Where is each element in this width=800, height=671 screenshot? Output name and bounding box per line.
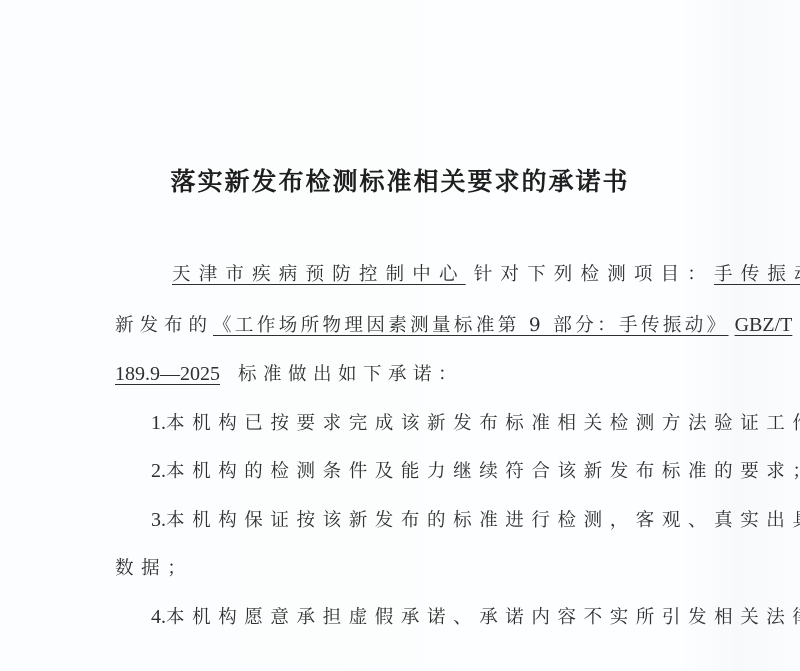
standard-code-prefix: GBZ/T (735, 314, 793, 336)
intro-text-project-prefix: 针对下列检测项目： (474, 264, 714, 285)
commitment-item-4: 4.本机构愿意承担虚假承诺、承诺内容不实所引发相关法律责任。 (151, 605, 800, 630)
institution-underlined: 天津市疾病预防控制中心 (146, 264, 474, 285)
intro-line-2: 新发布的《工作场所物理因素测量标准第 9 部分：手传振动》GBZ/T (115, 313, 792, 338)
intro-text-new-release: 新发布的 (115, 315, 213, 336)
standard-underlined: 《工作场所物理因素测量标准第 9 部分：手传振动》GBZ/T (213, 315, 792, 336)
commitment-item-3: 3.本机构保证按该新发布的标准进行检测，客观、真实出具检测 (151, 508, 800, 533)
document-page: 落实新发布检测标准相关要求的承诺书 天津市疾病预防控制中心针对下列检测项目：手传… (0, 0, 800, 671)
commitment-text-line-1: 本机构保证按该新发布的标准进行检测，客观、真实出具检测 (166, 510, 800, 531)
commitment-item-3-continued: 数据； (115, 557, 193, 581)
standard-code-number: 189.9—2025 (115, 363, 220, 385)
commitment-number: 1. (151, 412, 166, 434)
intro-line-1: 天津市疾病预防控制中心针对下列检测项目：手传振动 (146, 263, 800, 287)
commitment-number: 2. (151, 460, 166, 482)
standard-code-underlined: 189.9—2025 (115, 364, 234, 385)
intro-text-commitment: 标准做出如下承诺： (238, 364, 463, 385)
project-name: 手传振动 (714, 264, 800, 285)
institution-name: 天津市疾病预防控制中心 (172, 264, 466, 285)
commitment-text: 本机构愿意承担虚假承诺、承诺内容不实所引发相关法律责任。 (166, 607, 800, 628)
commitment-item-2: 2.本机构的检测条件及能力继续符合该新发布标准的要求； (151, 459, 800, 484)
document-title: 落实新发布检测标准相关要求的承诺书 (0, 162, 800, 198)
intro-line-3: 189.9—2025标准做出如下承诺： (115, 362, 463, 387)
commitment-number: 3. (151, 509, 166, 531)
commitment-text: 本机构的检测条件及能力继续符合该新发布标准的要求； (166, 461, 800, 482)
commitment-item-1: 1.本机构已按要求完成该新发布标准相关检测方法验证工作； (151, 411, 800, 436)
standard-name: 《工作场所物理因素测量标准第 9 部分：手传振动》 (213, 315, 729, 336)
commitment-number: 4. (151, 606, 166, 628)
commitment-text: 本机构已按要求完成该新发布标准相关检测方法验证工作； (166, 413, 800, 434)
commitment-text-line-2: 数据； (115, 558, 193, 579)
